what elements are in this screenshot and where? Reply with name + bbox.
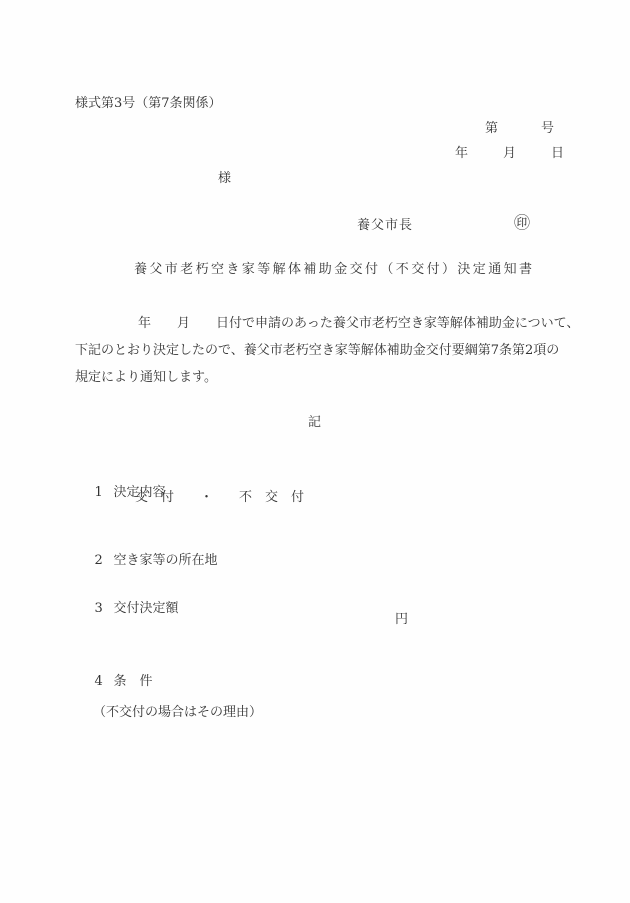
form-number: 様式第3号（第7条関係） [75,95,222,112]
item-row-conditions: 4条 件 [78,656,153,707]
document-page: 様式第3号（第7条関係） 第 号 年 月 日 様 養父市長 ㊞ 養父市老朽空き家… [0,0,630,903]
item-number: 1 [95,484,114,501]
rejection-reason-note: （不交付の場合はその理由） [93,704,262,721]
record-heading: 記 [0,414,630,431]
body-paragraph-line-1: 年 月 日付で申請のあった養父市老朽空き家等解体補助金について、 [75,315,580,332]
decision-options: 交 付 ・ 不 交 付 [135,489,304,506]
body-paragraph-line-3: 規定により通知します。 [75,369,580,386]
item-number: 3 [95,600,114,617]
item-label: 交付決定額 [114,601,179,616]
amount-unit-yen: 円 [395,611,408,628]
item-label: 条 件 [114,674,153,689]
item-number: 4 [95,673,114,690]
item-row-amount: 3交付決定額 [78,583,179,634]
sender-name: 養父市長 [357,217,413,234]
document-title: 養父市老朽空き家等解体補助金交付（不交付）決定通知書 [134,261,534,278]
item-row-location: 2空き家等の所在地 [78,535,218,586]
item-number: 2 [95,552,114,569]
addressee-honorific: 様 [218,170,231,187]
date-line: 年 月 日 [455,145,567,162]
item-label: 空き家等の所在地 [114,553,218,568]
document-number-line: 第 号 [485,120,555,137]
body-paragraph-line-2: 下記のとおり決定したので、養父市老朽空き家等解体補助金交付要綱第7条第2項の [75,342,580,359]
seal-mark: ㊞ [514,214,530,232]
